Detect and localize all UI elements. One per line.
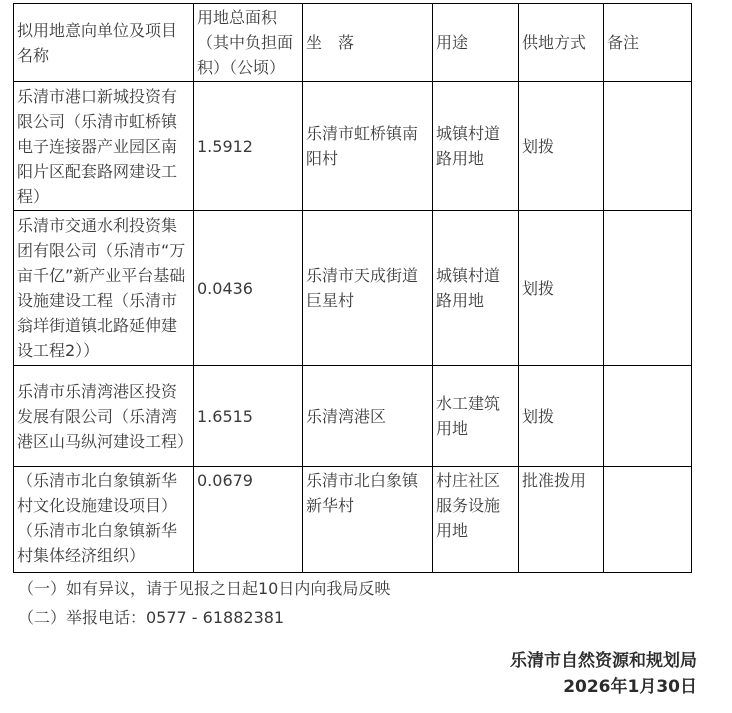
location-cell: 乐清湾港区 bbox=[303, 366, 433, 467]
method-cell: 划拨 bbox=[519, 211, 604, 366]
area-cell: 1.5912 bbox=[194, 82, 303, 211]
unit-cell: 乐清市交通水利投资集团有限公司（乐清市“万亩千亿”新产业平台基础设施建设工程（乐… bbox=[14, 211, 194, 366]
unit-cell: （乐清市北白象镇新华村文化设施建设项目） （乐清市北白象镇新华村集体经济组织） bbox=[14, 467, 194, 573]
signature-block: 乐清市自然资源和规划局 2026年1月30日 bbox=[510, 648, 697, 700]
method-cell: 划拨 bbox=[519, 82, 604, 211]
remark-cell bbox=[604, 211, 692, 366]
location-cell: 乐清市天成街道巨星村 bbox=[303, 211, 433, 366]
col-header-method: 供地方式 bbox=[519, 4, 604, 82]
notice-date: 2026年1月30日 bbox=[510, 674, 697, 700]
unit-cell: 乐清市港口新城投资有限公司（乐清市虹桥镇电子连接器产业园区南阳片区配套路网建设工… bbox=[14, 82, 194, 211]
table-header-row: 拟用地意向单位及项目名称 用地总面积（其中负担面积）（公顷） 坐 落 用途 供地… bbox=[14, 4, 692, 82]
use-cell: 城镇村道路用地 bbox=[433, 82, 519, 211]
col-header-remark: 备注 bbox=[604, 4, 692, 82]
table-row: 乐清市交通水利投资集团有限公司（乐清市“万亩千亿”新产业平台基础设施建设工程（乐… bbox=[14, 211, 692, 366]
area-cell: 1.6515 bbox=[194, 366, 303, 467]
col-header-area: 用地总面积（其中负担面积）（公顷） bbox=[194, 4, 303, 82]
col-header-location: 坐 落 bbox=[303, 4, 433, 82]
location-cell: 乐清市虹桥镇南阳村 bbox=[303, 82, 433, 211]
land-notice-table: 拟用地意向单位及项目名称 用地总面积（其中负担面积）（公顷） 坐 落 用途 供地… bbox=[13, 3, 692, 573]
table-row: （乐清市北白象镇新华村文化设施建设项目） （乐清市北白象镇新华村集体经济组织） … bbox=[14, 467, 692, 573]
use-cell: 城镇村道路用地 bbox=[433, 211, 519, 366]
footer-notes: （一）如有异议，请于见报之日起10日内向我局反映 （二）举报电话：0577 - … bbox=[18, 574, 390, 632]
remark-cell bbox=[604, 82, 692, 211]
area-cell: 0.0436 bbox=[194, 211, 303, 366]
method-cell: 批准拨用 bbox=[519, 467, 604, 573]
remark-cell bbox=[604, 366, 692, 467]
col-header-unit: 拟用地意向单位及项目名称 bbox=[14, 4, 194, 82]
unit-cell: 乐清市乐清湾港区投资发展有限公司（乐清湾港区山马纵河建设工程） bbox=[14, 366, 194, 467]
remark-cell bbox=[604, 467, 692, 573]
use-cell: 村庄社区服务设施用地 bbox=[433, 467, 519, 573]
table-row: 乐清市乐清湾港区投资发展有限公司（乐清湾港区山马纵河建设工程） 1.6515 乐… bbox=[14, 366, 692, 467]
location-cell: 乐清市北白象镇新华村 bbox=[303, 467, 433, 573]
agency-name: 乐清市自然资源和规划局 bbox=[510, 648, 697, 674]
table-row: 乐清市港口新城投资有限公司（乐清市虹桥镇电子连接器产业园区南阳片区配套路网建设工… bbox=[14, 82, 692, 211]
note-objection: （一）如有异议，请于见报之日起10日内向我局反映 bbox=[18, 574, 390, 603]
use-cell: 水工建筑用地 bbox=[433, 366, 519, 467]
area-cell: 0.0679 bbox=[194, 467, 303, 573]
method-cell: 划拨 bbox=[519, 366, 604, 467]
note-report-phone: （二）举报电话：0577 - 61882381 bbox=[18, 603, 390, 632]
col-header-use: 用途 bbox=[433, 4, 519, 82]
